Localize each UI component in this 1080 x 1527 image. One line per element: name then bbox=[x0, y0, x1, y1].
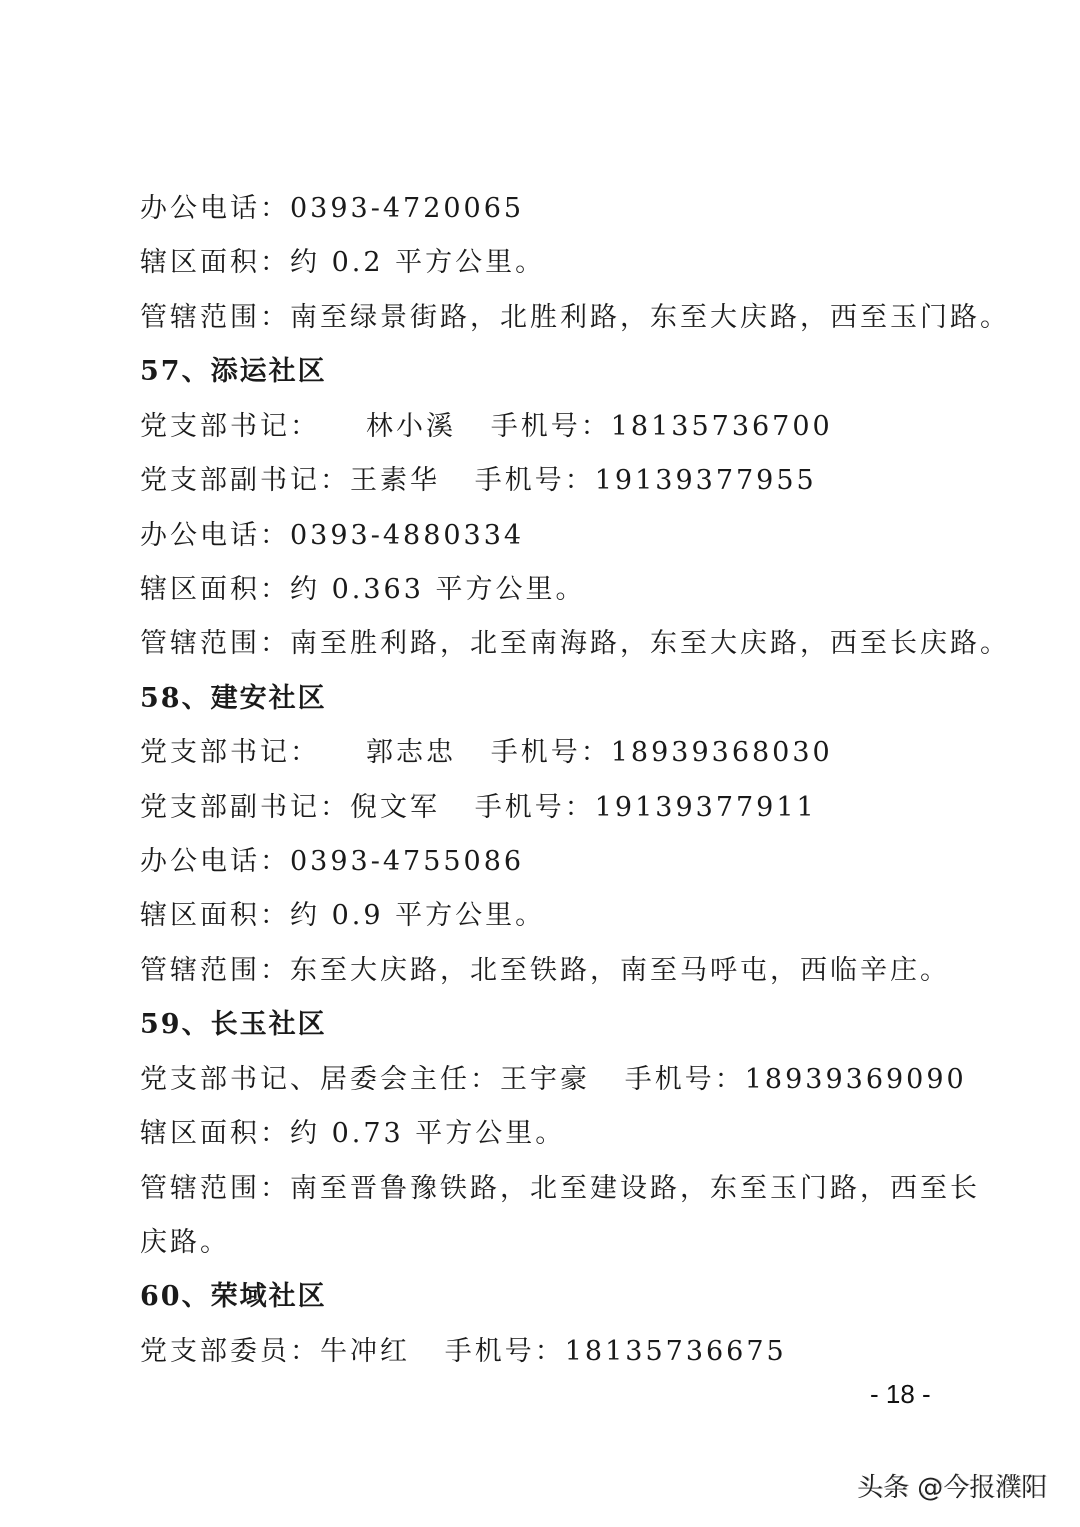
area-line: 辖区面积：约 0.363 平方公里。 bbox=[140, 573, 585, 607]
field-value: 0393-4880334 bbox=[290, 520, 524, 551]
field-label: 辖区面积： bbox=[140, 247, 290, 278]
community-heading-60: 60、荣域社区 bbox=[140, 1280, 327, 1314]
field-label: 管辖范围： bbox=[140, 1173, 290, 1204]
field-label: 党支部书记： bbox=[140, 411, 320, 442]
source-watermark: 头条 @今报濮阳 bbox=[857, 1472, 1047, 1504]
jurisdiction-line: 管辖范围：南至胜利路，北至南海路，东至大庆路，西至长庆路。 bbox=[140, 627, 1010, 661]
field-value: 林小溪 手机号：18135736700 bbox=[366, 411, 833, 442]
field-value: 南至胜利路，北至南海路，东至大庆路，西至长庆路。 bbox=[290, 628, 1010, 659]
field-label: 辖区面积： bbox=[140, 574, 290, 605]
field-value: 郭志忠 手机号：18939368030 bbox=[366, 737, 833, 768]
field-label: 党支部副书记： bbox=[140, 792, 350, 823]
field-value: 南至晋鲁豫铁路，北至建设路，东至玉门路，西至长 bbox=[290, 1173, 980, 1204]
document-page: 办公电话：0393-4720065 辖区面积：约 0.2 平方公里。 管辖范围：… bbox=[0, 0, 1080, 1527]
field-value: 约 0.9 平方公里。 bbox=[290, 900, 545, 931]
page-number: - 18 - bbox=[870, 1378, 931, 1410]
deputy-secretary-line: 党支部副书记：倪文军 手机号：19139377911 bbox=[140, 791, 817, 825]
field-label: 管辖范围： bbox=[140, 955, 290, 986]
area-line: 辖区面积：约 0.73 平方公里。 bbox=[140, 1117, 565, 1151]
secretary-line: 党支部书记：林小溪 手机号：18135736700 bbox=[140, 410, 833, 444]
field-value: 0393-4720065 bbox=[290, 193, 524, 224]
field-value: 王宇豪 手机号：18939369090 bbox=[500, 1064, 967, 1095]
area-line: 辖区面积：约 0.2 平方公里。 bbox=[140, 246, 545, 280]
field-label: 管辖范围： bbox=[140, 628, 290, 659]
field-label: 党支部书记、居委会主任： bbox=[140, 1064, 500, 1095]
area-line: 辖区面积：约 0.9 平方公里。 bbox=[140, 899, 545, 933]
field-value: 约 0.73 平方公里。 bbox=[290, 1118, 565, 1149]
field-value: 约 0.363 平方公里。 bbox=[290, 574, 585, 605]
field-label: 辖区面积： bbox=[140, 1118, 290, 1149]
field-value: 庆路。 bbox=[140, 1227, 230, 1258]
field-value: 约 0.2 平方公里。 bbox=[290, 247, 545, 278]
field-label: 管辖范围： bbox=[140, 302, 290, 333]
office-phone-line: 办公电话：0393-4880334 bbox=[140, 519, 524, 553]
field-value: 王素华 手机号：19139377955 bbox=[350, 465, 817, 496]
jurisdiction-line-continued: 庆路。 bbox=[140, 1226, 230, 1260]
field-label: 办公电话： bbox=[140, 846, 290, 877]
jurisdiction-line: 管辖范围：南至绿景街路，北胜利路，东至大庆路，西至玉门路。 bbox=[140, 301, 1010, 335]
field-label: 党支部书记： bbox=[140, 737, 320, 768]
jurisdiction-line: 管辖范围：南至晋鲁豫铁路，北至建设路，东至玉门路，西至长 bbox=[140, 1172, 980, 1206]
office-phone-line: 办公电话：0393-4755086 bbox=[140, 845, 524, 879]
community-heading-59: 59、长玉社区 bbox=[140, 1008, 327, 1042]
field-label: 办公电话： bbox=[140, 193, 290, 224]
field-label: 党支部副书记： bbox=[140, 465, 350, 496]
field-value: 牛冲红 手机号：18135736675 bbox=[320, 1336, 787, 1367]
field-value: 0393-4755086 bbox=[290, 846, 524, 877]
field-label: 党支部委员： bbox=[140, 1336, 320, 1367]
secretary-line: 党支部书记：郭志忠 手机号：18939368030 bbox=[140, 736, 833, 770]
jurisdiction-line: 管辖范围：东至大庆路，北至铁路，南至马呼屯，西临辛庄。 bbox=[140, 954, 950, 988]
member-line: 党支部委员：牛冲红 手机号：18135736675 bbox=[140, 1335, 787, 1369]
field-value: 南至绿景街路，北胜利路，东至大庆路，西至玉门路。 bbox=[290, 302, 1010, 333]
field-label: 辖区面积： bbox=[140, 900, 290, 931]
community-heading-57: 57、添运社区 bbox=[140, 355, 327, 389]
office-phone-line: 办公电话：0393-4720065 bbox=[140, 192, 524, 226]
field-value: 东至大庆路，北至铁路，南至马呼屯，西临辛庄。 bbox=[290, 955, 950, 986]
secretary-director-line: 党支部书记、居委会主任：王宇豪 手机号：18939369090 bbox=[140, 1063, 967, 1097]
field-value: 倪文军 手机号：19139377911 bbox=[350, 792, 817, 823]
community-heading-58: 58、建安社区 bbox=[140, 682, 327, 716]
deputy-secretary-line: 党支部副书记：王素华 手机号：19139377955 bbox=[140, 464, 817, 498]
field-label: 办公电话： bbox=[140, 520, 290, 551]
